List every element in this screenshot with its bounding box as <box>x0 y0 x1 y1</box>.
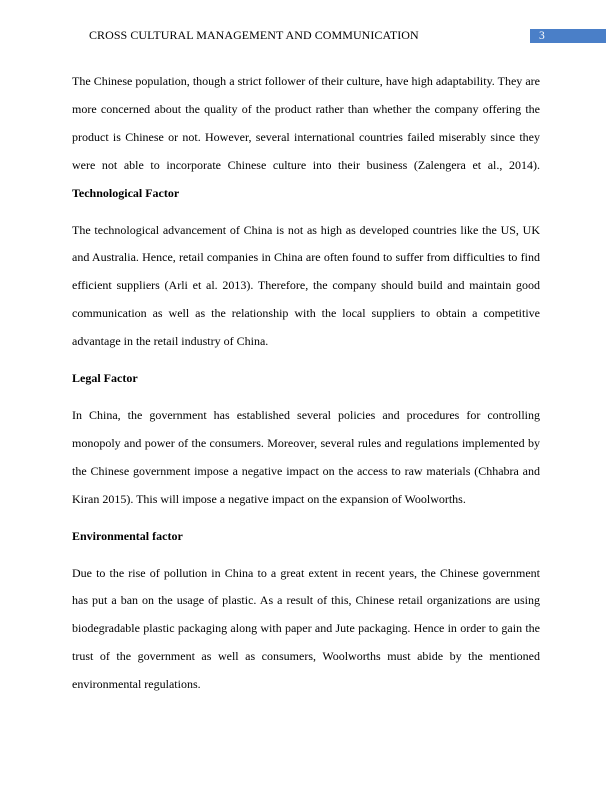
section-paragraph-legal: In China, the government has established… <box>72 402 540 514</box>
section-paragraph-environmental: Due to the rise of pollution in China to… <box>72 560 540 700</box>
running-header-title: CROSS CULTURAL MANAGEMENT AND COMMUNICAT… <box>89 28 419 43</box>
section-heading-environmental: Environmental factor <box>72 523 540 551</box>
document-body: The Chinese population, though a strict … <box>72 68 540 699</box>
section-heading-technological: Technological Factor <box>72 180 540 208</box>
intro-paragraph: The Chinese population, though a strict … <box>72 68 540 180</box>
spacer <box>72 393 540 402</box>
page-number-badge: 3 <box>530 29 606 43</box>
section-heading-legal: Legal Factor <box>72 365 540 393</box>
spacer <box>72 356 540 365</box>
spacer <box>72 514 540 523</box>
section-paragraph-technological: The technological advancement of China i… <box>72 217 540 357</box>
spacer <box>72 551 540 560</box>
spacer <box>72 208 540 217</box>
